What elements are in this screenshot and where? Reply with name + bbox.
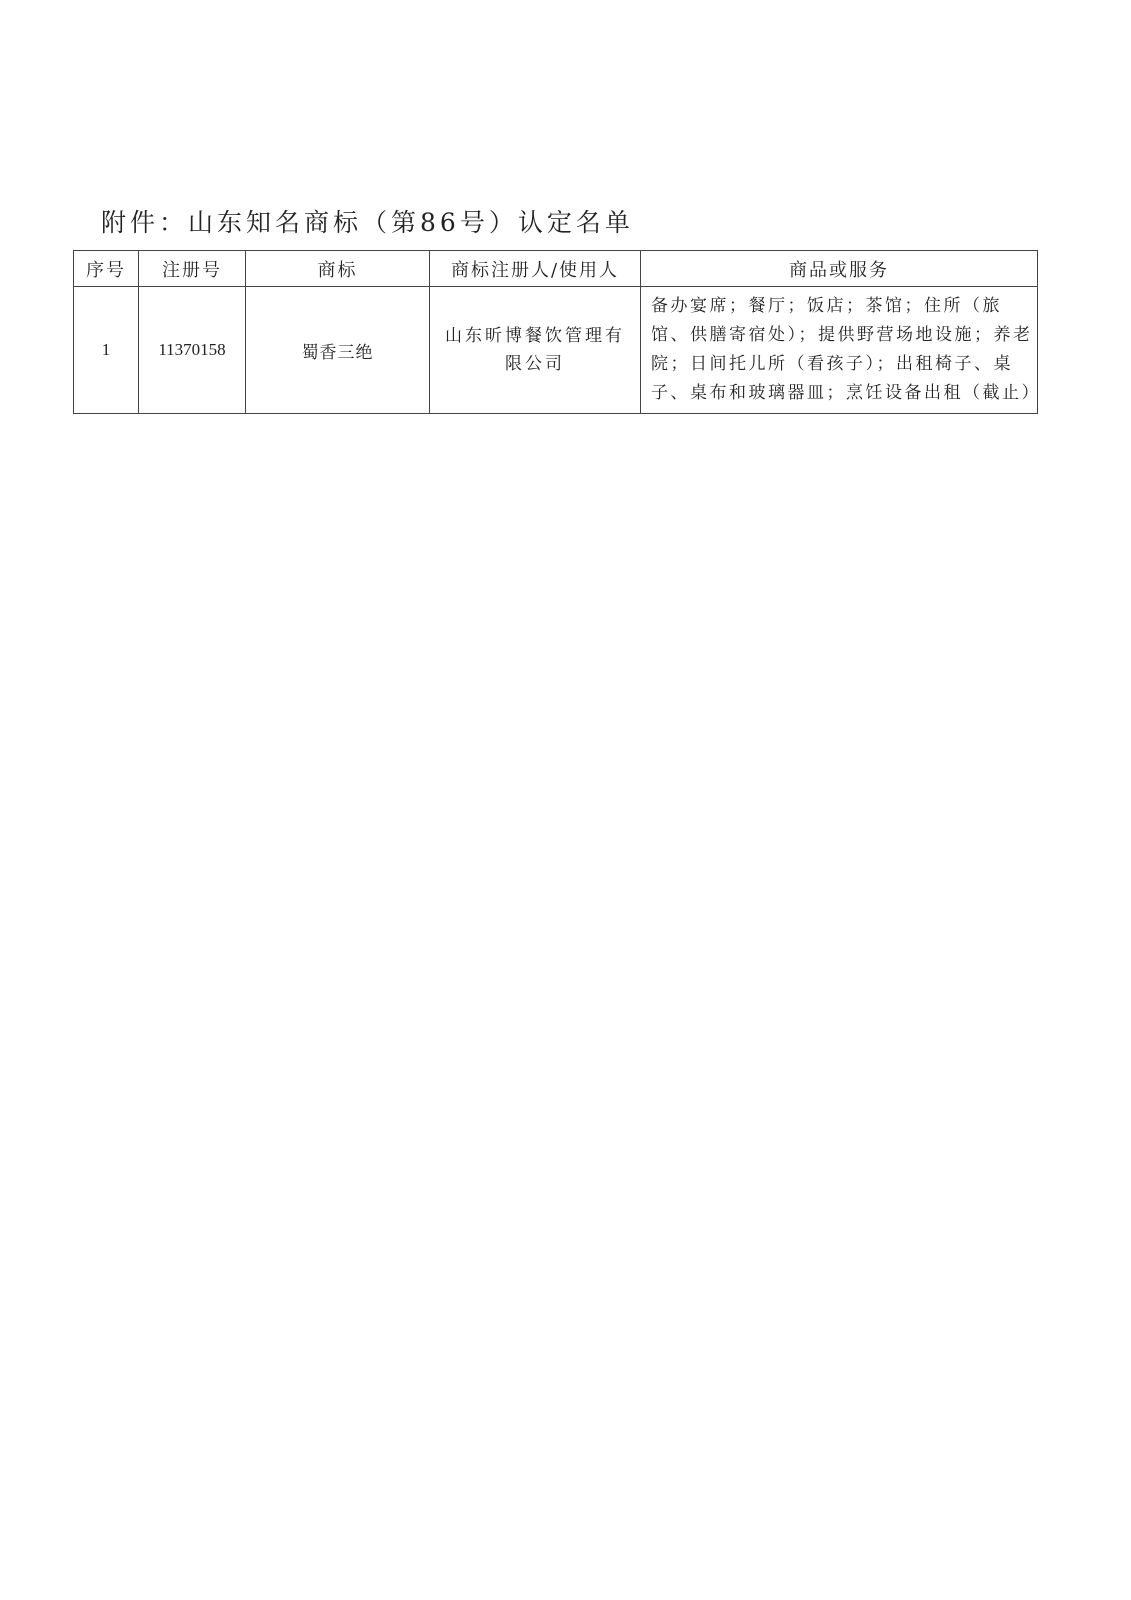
cell-reg-no: 11370158 (139, 287, 246, 414)
document-title: 附件：山东知名商标（第86号）认定名单 (101, 203, 634, 239)
table-row: 1 11370158 蜀香三绝 山东昕博餐饮管理有限公司 备办宴席；餐厅；饭店；… (74, 287, 1038, 414)
cell-goods: 备办宴席；餐厅；饭店；茶馆；住所（旅馆、供膳寄宿处）；提供野营场地设施；养老院；… (641, 287, 1038, 414)
header-owner: 商标注册人/使用人 (430, 251, 641, 287)
header-trademark: 商标 (246, 251, 430, 287)
trademark-list-table: 序号 注册号 商标 商标注册人/使用人 商品或服务 1 11370158 蜀香三… (73, 250, 1038, 414)
header-reg-no: 注册号 (139, 251, 246, 287)
cell-trademark: 蜀香三绝 (246, 287, 430, 414)
header-goods: 商品或服务 (641, 251, 1038, 287)
header-seq: 序号 (74, 251, 139, 287)
cell-owner: 山东昕博餐饮管理有限公司 (430, 287, 641, 414)
cell-seq: 1 (74, 287, 139, 414)
table-header-row: 序号 注册号 商标 商标注册人/使用人 商品或服务 (74, 251, 1038, 287)
